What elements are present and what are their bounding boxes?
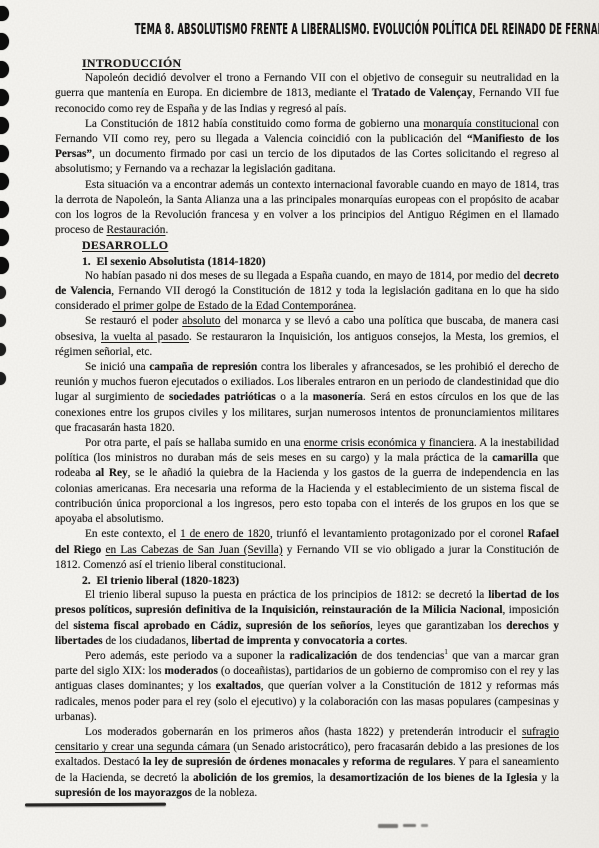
binding-mark-icon <box>0 61 9 78</box>
binding-mark-icon <box>0 89 9 106</box>
binding-mark-icon <box>0 229 9 246</box>
paragraph-moderados: Los moderados gobernarán en los primeros… <box>55 725 559 801</box>
binding-mark-icon <box>0 145 9 162</box>
scanned-document-page: TEMA 8. ABSOLUTISMO FRENTE A LIBERALISMO… <box>0 0 599 848</box>
binding-mark-icon <box>0 33 9 50</box>
footnote-separator-rule <box>25 803 166 807</box>
page-title: TEMA 8. ABSOLUTISMO FRENTE A LIBERALISMO… <box>135 20 464 38</box>
paragraph-tendencias: Pero además, este periodo va a suponer l… <box>55 649 559 725</box>
introduccion-heading: INTRODUCCIÓN <box>55 56 559 71</box>
paragraph-riego: En este contexto, el 1 de enero de 1820,… <box>55 527 559 573</box>
paragraph-decreto-valencia: No habían pasado ni dos meses de su lleg… <box>55 269 559 315</box>
paragraph-poder-absoluto: Se restauró el poder absoluto del monarc… <box>55 314 559 360</box>
desarrollo-heading: DESARROLLO <box>55 238 559 253</box>
binding-mark-icon <box>0 286 6 299</box>
paragraph-constitucion: La Constitución de 1812 había constituid… <box>55 117 559 178</box>
trienio-heading: 2. El trienio liberal (1820-1823) <box>55 573 559 588</box>
paragraph-santa-alianza: Esta situación va a encontrar además un … <box>55 178 559 239</box>
binding-mark-icon <box>0 117 9 134</box>
binding-mark-icon <box>0 343 6 356</box>
footer-smudge <box>378 822 428 829</box>
binding-mark-icon <box>0 372 6 385</box>
paragraph-trienio: El trienio liberal supuso la puesta en p… <box>55 588 559 649</box>
paragraph-represion: Se inició una campaña de represión contr… <box>55 360 559 436</box>
document-body: INTRODUCCIÓN Napoleón decidió devolver e… <box>55 56 559 801</box>
binding-mark-icon <box>0 173 9 190</box>
binding-mark-icon <box>0 257 9 274</box>
paragraph-napoleon: Napoleón decidió devolver el trono a Fer… <box>55 71 559 117</box>
binding-mark-icon <box>0 201 9 218</box>
binding-mark-icon <box>0 314 6 327</box>
paragraph-crisis: Por otra parte, el país se hallaba sumid… <box>55 436 559 527</box>
sexenio-heading: 1. El sexenio Absolutista (1814-1820) <box>55 254 559 269</box>
binding-mark-icon <box>0 6 9 21</box>
